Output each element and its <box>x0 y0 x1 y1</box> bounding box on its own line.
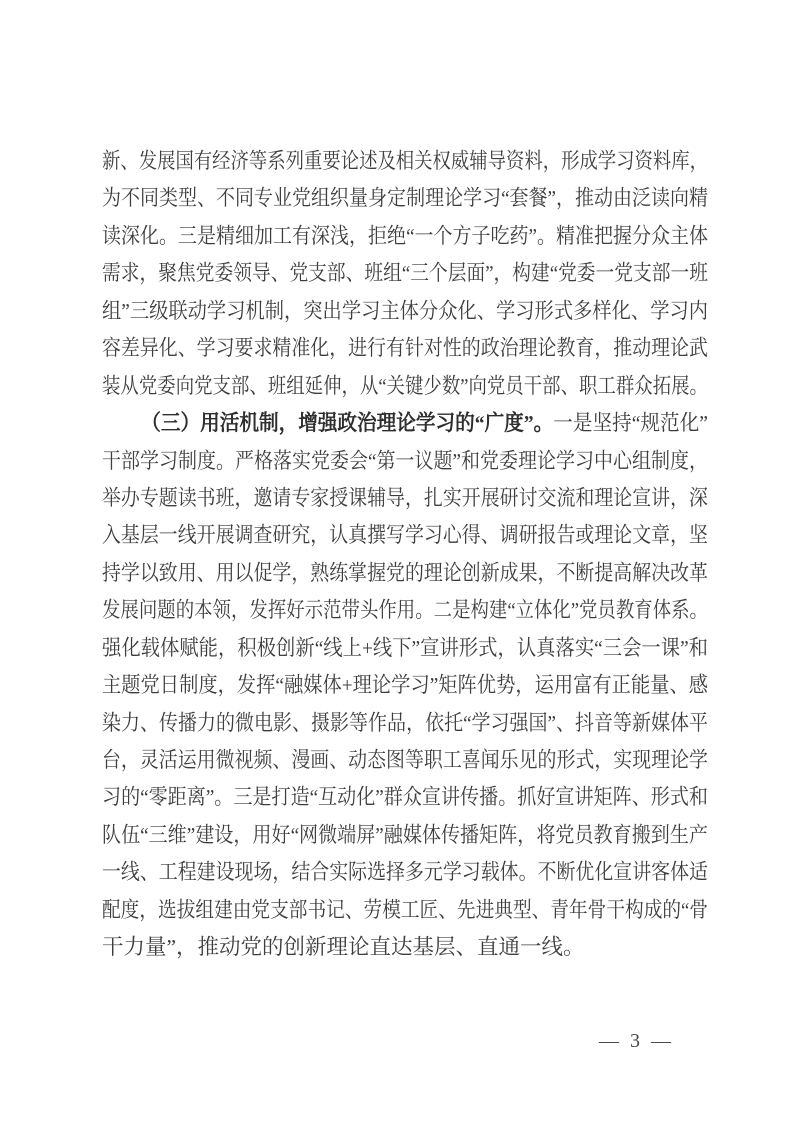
text-block: 新、发展国有经济等系列重要论述及相关权威辅导资料，形成学习资料库， 为不同类型、… <box>102 143 708 967</box>
document-page: 新、发展国有经济等系列重要论述及相关权威辅导资料，形成学习资料库， 为不同类型、… <box>0 0 793 1122</box>
text-line: 组”三级联动学习机制，突出学习主体分众化、学习形式多样化、学习内 <box>102 293 708 330</box>
text-line-content: 举办专题读书班，邀请专家授课辅导，扎实开展研讨交流和理论宣讲，深 <box>102 480 708 517</box>
text-line-content: 一线、工程建设现场，结合实际选择多元学习载体。不断优化宣讲客体适 <box>102 854 708 891</box>
text-line: 发展问题的本领，发挥好示范带头作用。二是构建“立体化”党员教育体系。 <box>102 592 708 629</box>
text-line: 入基层一线开展调查研究，认真撰写学习心得、调研报告或理论文章，坚 <box>102 517 708 554</box>
section-heading: （三）用活机制，增强政治理论学习的“广度”。 <box>141 411 553 435</box>
text-line: 干部学习制度。严格落实党委会“第一议题”和党委理论学习中心组制度， <box>102 443 708 480</box>
paragraph-1: 新、发展国有经济等系列重要论述及相关权威辅导资料，形成学习资料库， 为不同类型、… <box>102 143 708 405</box>
text-line: 需求，聚焦党委领导、党支部、班组“三个层面”，构建“党委一党支部一班 <box>102 255 708 292</box>
text-line-content: 干力量”，推动党的创新理论直达基层、直通一线。 <box>102 929 585 966</box>
text-line: 容差异化、学习要求精准化，进行有针对性的政治理论教育，推动理论武 <box>102 330 708 367</box>
text-line-content: 持学以致用、用以促学，熟练掌握党的理论创新成果，不断提高解决改革 <box>102 555 708 592</box>
text-line: 队伍“三维”建设，用好“网微端屏”融媒体传播矩阵，将党员教育搬到生产 <box>102 817 708 854</box>
text-line-content: 强化载体赋能，积极创新“线上+线下”宣讲形式，认真落实“三会一课”和 <box>102 630 708 667</box>
text-line: 配度，选拔组建由党支部书记、劳模工匠、先进典型、青年骨干构成的“骨 <box>102 892 708 929</box>
text-line-content: 配度，选拔组建由党支部书记、劳模工匠、先进典型、青年骨干构成的“骨 <box>102 892 708 929</box>
text-line: 举办专题读书班，邀请专家授课辅导，扎实开展研讨交流和理论宣讲，深 <box>102 480 708 517</box>
text-line-content: 主题党日制度，发挥“融媒体+理论学习”矩阵优势，运用富有正能量、感 <box>102 667 708 704</box>
text-line-content: 新、发展国有经济等系列重要论述及相关权威辅导资料，形成学习资料库， <box>102 143 708 180</box>
text-line-content: 习的“零距离”。三是打造“互动化”群众宣讲传播。抓好宣讲矩阵、形式和 <box>102 779 708 816</box>
text-line: 新、发展国有经济等系列重要论述及相关权威辅导资料，形成学习资料库， <box>102 143 708 180</box>
text-line: 装从党委向党支部、班组延伸，从“关键少数”向党员干部、职工群众拓展。 <box>102 368 708 405</box>
text-line-content: 台，灵活运用微视频、漫画、动态图等职工喜闻乐见的形式，实现理论学 <box>102 742 708 779</box>
text-line: 染力、传播力的微电影、摄影等作品，依托“学习强国”、抖音等新媒体平 <box>102 705 708 742</box>
heading-line-rest: 一是坚持“规范化” <box>553 411 708 435</box>
text-line: 为不同类型、不同专业党组织量身定制理论学习“套餐”，推动由泛读向精 <box>102 180 708 217</box>
text-line: 台，灵活运用微视频、漫画、动态图等职工喜闻乐见的形式，实现理论学 <box>102 742 708 779</box>
text-line-content: 装从党委向党支部、班组延伸，从“关键少数”向党员干部、职工群众拓展。 <box>102 368 708 405</box>
paragraph-2: （三）用活机制，增强政治理论学习的“广度”。一是坚持“规范化” 干部学习制度。严… <box>102 405 708 967</box>
text-line-content: 容差异化、学习要求精准化，进行有针对性的政治理论教育，推动理论武 <box>102 330 708 367</box>
text-line-content: （三）用活机制，增强政治理论学习的“广度”。一是坚持“规范化” <box>102 405 708 442</box>
text-line-content: 入基层一线开展调查研究，认真撰写学习心得、调研报告或理论文章，坚 <box>102 517 708 554</box>
text-line-content: 队伍“三维”建设，用好“网微端屏”融媒体传播矩阵，将党员教育搬到生产 <box>102 817 708 854</box>
text-line: 持学以致用、用以促学，熟练掌握党的理论创新成果，不断提高解决改革 <box>102 555 708 592</box>
text-line: 强化载体赋能，积极创新“线上+线下”宣讲形式，认真落实“三会一课”和 <box>102 630 708 667</box>
text-line-content: 读深化。三是精细加工有深浅，拒绝“一个方子吃药”。精准把握分众主体 <box>102 218 708 255</box>
page-number: — 3 — <box>599 1029 674 1053</box>
text-line-content: 发展问题的本领，发挥好示范带头作用。二是构建“立体化”党员教育体系。 <box>102 592 708 629</box>
text-line: 干力量”，推动党的创新理论直达基层、直通一线。 <box>102 929 708 966</box>
text-line-content: 需求，聚焦党委领导、党支部、班组“三个层面”，构建“党委一党支部一班 <box>102 255 708 292</box>
text-line-content: 为不同类型、不同专业党组织量身定制理论学习“套餐”，推动由泛读向精 <box>102 180 708 217</box>
text-line-content: 组”三级联动学习机制，突出学习主体分众化、学习形式多样化、学习内 <box>102 293 708 330</box>
text-line: 一线、工程建设现场，结合实际选择多元学习载体。不断优化宣讲客体适 <box>102 854 708 891</box>
text-line: 读深化。三是精细加工有深浅，拒绝“一个方子吃药”。精准把握分众主体 <box>102 218 708 255</box>
text-line: （三）用活机制，增强政治理论学习的“广度”。一是坚持“规范化” <box>102 405 708 442</box>
text-line: 习的“零距离”。三是打造“互动化”群众宣讲传播。抓好宣讲矩阵、形式和 <box>102 779 708 816</box>
text-line-content: 染力、传播力的微电影、摄影等作品，依托“学习强国”、抖音等新媒体平 <box>102 705 708 742</box>
text-line: 主题党日制度，发挥“融媒体+理论学习”矩阵优势，运用富有正能量、感 <box>102 667 708 704</box>
text-line-content: 干部学习制度。严格落实党委会“第一议题”和党委理论学习中心组制度， <box>102 443 708 480</box>
